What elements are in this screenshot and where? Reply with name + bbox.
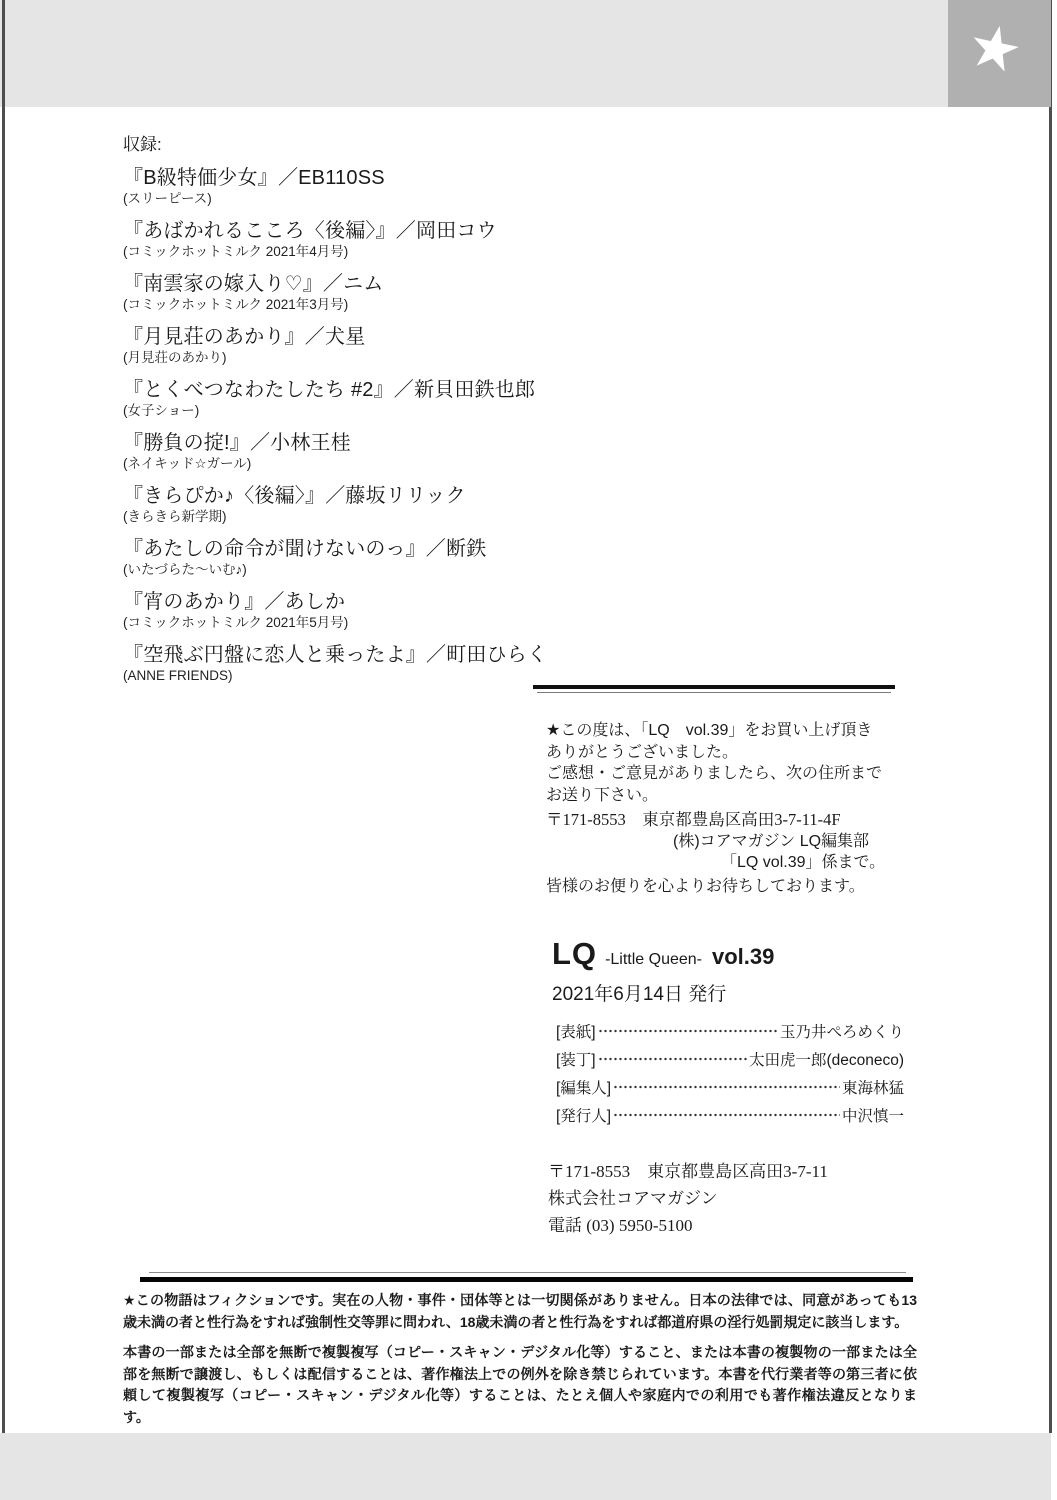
letter-line: ★この度は、「LQ vol.39」をお買い上げ頂き [546,720,916,742]
list-item: 『空飛ぶ円盤に恋人と乗ったよ』／町田ひらく (ANNE FRIENDS) [123,643,553,684]
entry-source: (コミックホットミルク 2021年3月号) [123,296,553,313]
credit-label: [発行人] [556,1104,611,1126]
list-item: 『あたしの命令が聞けないのっ』／断鉄 (いたづらた〜いむ♪) [123,537,553,578]
credit-label: [表紙] [556,1020,596,1042]
editorial-address-line: 〒171-8553 東京都豊島区高田3-7-11-4F [546,809,916,831]
entry-source: (きらきら新学期) [123,508,553,525]
entry-title: 『きらぴか♪〈後編〉』／藤坂リリック [123,484,553,508]
credit-name: 玉乃井ぺろめくり [780,1020,904,1042]
title-subtitle: -Little Queen- [605,951,702,969]
entry-title: 『あたしの命令が聞けないのっ』／断鉄 [123,537,553,561]
table-of-contents: 収録: 『B級特価少女』／EB110SS (スリーピース) 『あばかれるこころ〈… [123,134,553,696]
entry-source: (女子ショー) [123,402,553,419]
star-icon: ★ [962,13,1027,83]
list-item: 『あばかれるこころ〈後編〉』／岡田コウ (コミックホットミルク 2021年4月号… [123,219,553,260]
entry-title: 『勝負の掟!』／小林王桂 [123,431,553,455]
entry-title: 『B級特価少女』／EB110SS [123,166,553,190]
list-item: 『宵のあかり』／あしか (コミックホットミルク 2021年5月号) [123,590,553,631]
entry-source: (コミックホットミルク 2021年5月号) [123,614,553,631]
publication-title: LQ -Little Queen- vol.39 [552,936,912,972]
entry-source: (スリーピース) [123,190,553,207]
entry-source: (コミックホットミルク 2021年4月号) [123,243,553,260]
entry-source: (ネイキッド☆ガール) [123,455,553,472]
credit-name: 東海林猛 [842,1076,904,1098]
credit-row: [装丁] 太田虎一郎(deconeco) [556,1048,904,1076]
letter-line: ありがとうございました。 [546,742,916,764]
entry-title: 『あばかれるこころ〈後編〉』／岡田コウ [123,219,553,243]
header-gray-band [0,0,1051,107]
list-item: 『勝負の掟!』／小林王桂 (ネイキッド☆ガール) [123,431,553,472]
entry-title: 『とくべつなわたしたち #2』／新貝田鉄也郎 [123,378,553,402]
separator-double-line-bottom [140,1272,913,1282]
list-item: 『南雲家の嫁入り♡』／ニム (コミックホットミルク 2021年3月号) [123,272,553,313]
dot-leader [598,1022,778,1038]
dot-leader [613,1078,840,1094]
readers-letter-note: ★この度は、「LQ vol.39」をお買い上げ頂き ありがとうございました。 ご… [546,720,916,897]
publication-title-block: LQ -Little Queen- vol.39 2021年6月14日 発行 [552,936,912,1006]
letter-closing: 皆様のお便りを心よりお待ちしております。 [546,876,916,898]
publication-date: 2021年6月14日 発行 [552,979,912,1006]
letter-line: ご感想・ご意見がありましたら、次の住所まで [546,763,916,785]
entry-source: (いたづらた〜いむ♪) [123,561,553,578]
list-item: 『とくべつなわたしたち #2』／新貝田鉄也郎 (女子ショー) [123,378,553,419]
footer-gray-band [0,1433,1051,1500]
title-main: LQ [552,936,597,972]
publisher-address: 〒171-8553 東京都豊島区高田3-7-11 [548,1158,828,1185]
list-item: 『月見荘のあかり』／犬星 (月見荘のあかり) [123,325,553,366]
publisher-company: 株式会社コアマガジン [548,1185,828,1212]
credit-name: 太田虎一郎(deconeco) [749,1048,904,1070]
credits-list: [表紙] 玉乃井ぺろめくり [装丁] 太田虎一郎(deconeco) [編集人]… [556,1020,904,1132]
separator-thick-line [140,1277,913,1282]
entry-title: 『空飛ぶ円盤に恋人と乗ったよ』／町田ひらく [123,643,553,667]
separator-thin-line [537,692,891,693]
title-volume: vol.39 [712,944,774,970]
separator-double-line-top [533,685,895,693]
entry-source: (ANNE FRIENDS) [123,667,553,684]
credit-row: [編集人] 東海林猛 [556,1076,904,1104]
entry-title: 『南雲家の嫁入り♡』／ニム [123,272,553,296]
credit-name: 中沢慎一 [842,1104,904,1126]
credit-row: [発行人] 中沢慎一 [556,1104,904,1132]
credit-label: [装丁] [556,1048,596,1070]
list-item: 『B級特価少女』／EB110SS (スリーピース) [123,166,553,207]
entry-title: 『宵のあかり』／あしか [123,590,553,614]
colophon-page: ★ 収録: 『B級特価少女』／EB110SS (スリーピース) 『あばかれるここ… [0,0,1057,1500]
letter-line: お送り下さい。 [546,785,916,807]
editorial-address-line: 「LQ vol.39」係まで。 [546,852,916,874]
publisher-phone: 電話 (03) 5950-5100 [548,1212,828,1239]
separator-thick-line [533,685,895,689]
entry-title: 『月見荘のあかり』／犬星 [123,325,553,349]
publisher-contact-block: 〒171-8553 東京都豊島区高田3-7-11 株式会社コアマガジン 電話 (… [548,1158,828,1239]
list-item: 『きらぴか♪〈後編〉』／藤坂リリック (きらきら新学期) [123,484,553,525]
editorial-address-line: (株)コアマガジン LQ編集部 [546,831,916,853]
credit-row: [表紙] 玉乃井ぺろめくり [556,1020,904,1048]
separator-thin-line [149,1272,906,1273]
dot-leader [598,1050,747,1066]
dot-leader [613,1106,840,1122]
fiction-disclaimer-paragraph: ★この物語はフィクションです。実在の人物・事件・団体等とは一切関係がありません。… [123,1290,917,1333]
credit-label: [編集人] [556,1076,611,1098]
entry-source: (月見荘のあかり) [123,349,553,366]
legal-disclaimer: ★この物語はフィクションです。実在の人物・事件・団体等とは一切関係がありません。… [123,1290,917,1428]
page-left-border [2,0,5,1433]
corner-star-box: ★ [948,0,1051,107]
page-right-border [1049,0,1052,1433]
contents-heading: 収録: [123,134,553,156]
copyright-notice-paragraph: 本書の一部または全部を無断で複製複写（コピー・スキャン・デジタル化等）すること、… [123,1342,917,1428]
